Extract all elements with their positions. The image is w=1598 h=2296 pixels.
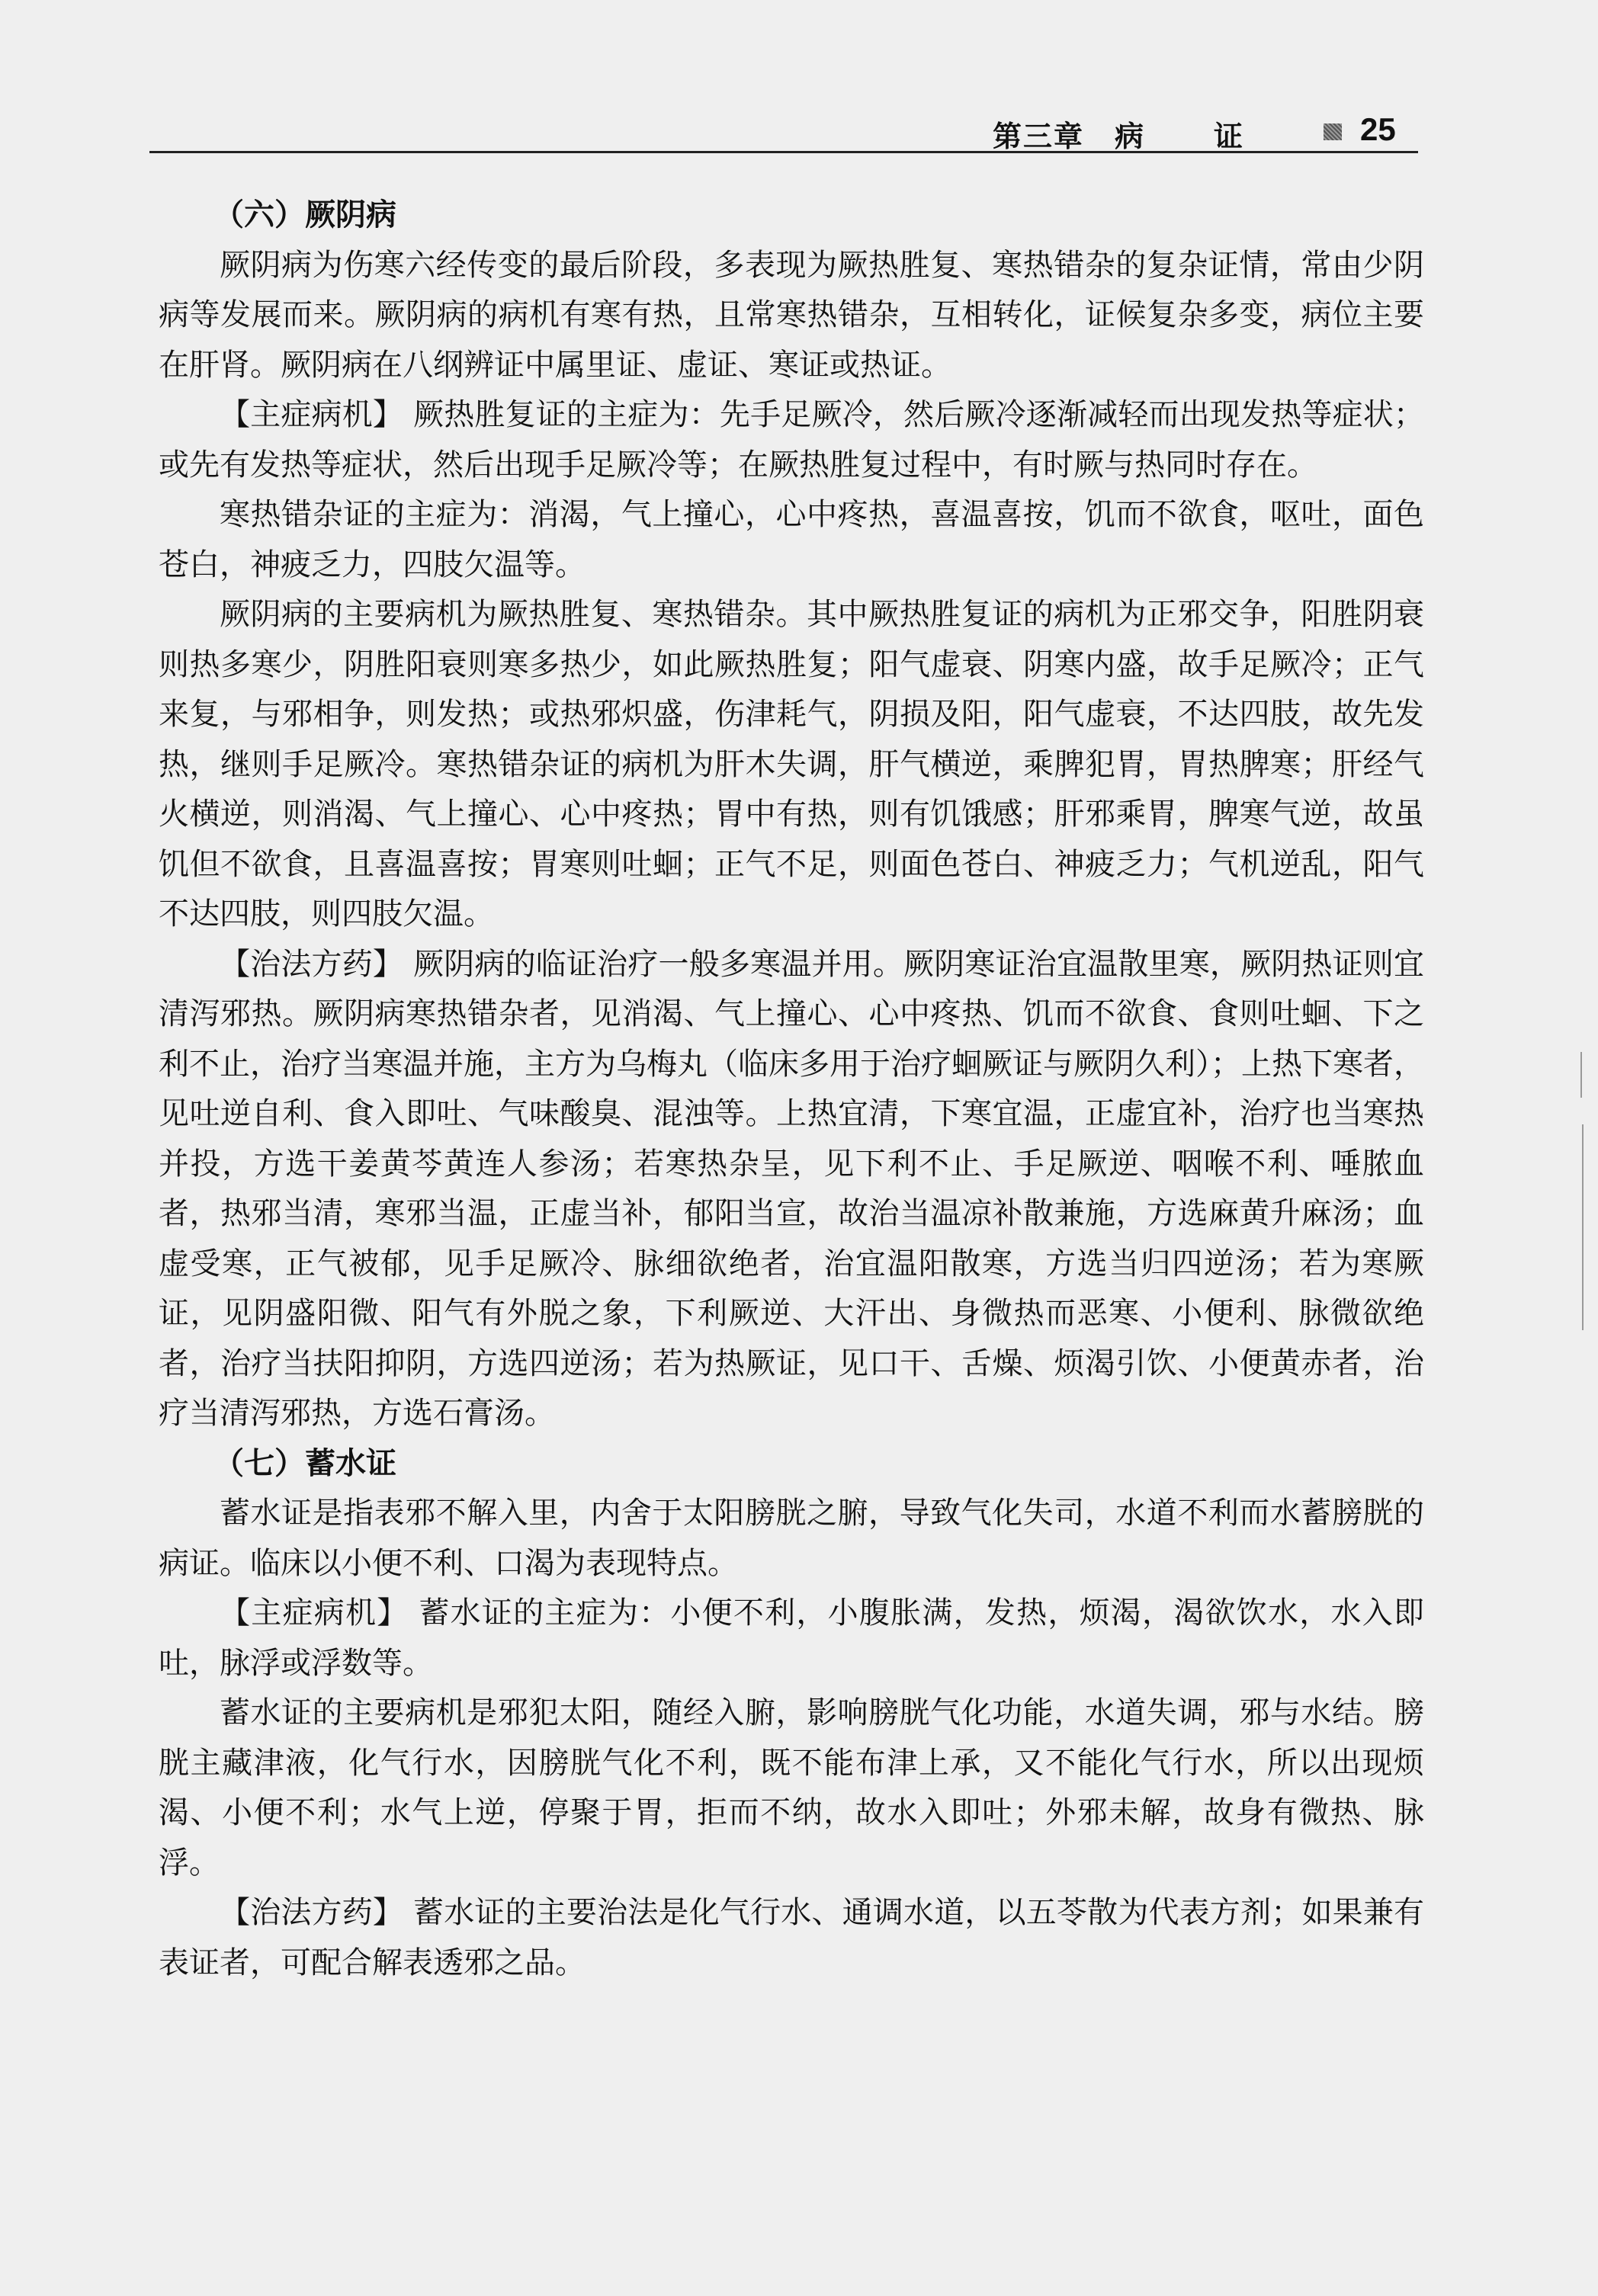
chapter-label: 第三章 xyxy=(993,113,1084,155)
chapter-word-2: 证 xyxy=(1214,113,1244,155)
paragraph-tag: 【主症病机】 xyxy=(220,397,403,432)
paragraph: 厥阴病为伤寒六经传变的最后阶段，多表现为厥热胜复、寒热错杂的复杂证情，常由少阴病… xyxy=(159,241,1424,391)
paragraph: 【治法方药】 厥阴病的临证治疗一般多寒温并用。厥阴寒证治宜温散里寒，厥阴热证则宜… xyxy=(159,940,1424,1439)
paragraph-tag: 【治法方药】 xyxy=(220,1895,403,1930)
paragraph: 厥阴病的主要病机为厥热胜复、寒热错杂。其中厥热胜复证的病机为正邪交争，阳胜阴衰则… xyxy=(159,590,1424,940)
chapter-word-1: 病 xyxy=(1115,113,1145,155)
running-title: 第三章病证 xyxy=(993,113,1244,155)
paragraph-tag: 【治法方药】 xyxy=(220,947,403,982)
paragraph: 【治法方药】 蓄水证的主要治法是化气行水、通调水道，以五苓散为代表方剂；如果兼有… xyxy=(159,1888,1424,1988)
paragraph: 【主症病机】 厥热胜复证的主症为：先手足厥冷，然后厥冷逐渐减轻而出现发热等症状；… xyxy=(159,390,1424,490)
page-header: 第三章病证 25 xyxy=(149,107,1418,153)
paragraph: 寒热错杂证的主症为：消渴，气上撞心，心中疼热，喜温喜按，饥而不欲食，呕吐，面色苍… xyxy=(159,490,1424,590)
page-number: 25 xyxy=(1360,111,1396,148)
page-body: （六）厥阴病 厥阴病为伤寒六经传变的最后阶段，多表现为厥热胜复、寒热错杂的复杂证… xyxy=(159,191,1424,1988)
page-marker-icon xyxy=(1324,123,1342,140)
scan-artifact xyxy=(1582,1124,1584,1330)
paragraph: 蓄水证的主要病机是邪犯太阳，随经入腑，影响膀胱气化功能，水道失调，邪与水结。膀胱… xyxy=(159,1688,1424,1888)
section-title-xushui: （七）蓄水证 xyxy=(159,1439,1424,1490)
paragraph-tag: 【主症病机】 xyxy=(220,1595,408,1631)
scan-artifact xyxy=(1580,1052,1582,1098)
section-title-jueyin: （六）厥阴病 xyxy=(159,191,1424,241)
paragraph: 蓄水证是指表邪不解入里，内舍于太阳膀胱之腑，导致气化失司，水道不利而水蓄膀胱的病… xyxy=(159,1489,1424,1589)
paragraph: 【主症病机】 蓄水证的主症为：小便不利，小腹胀满，发热，烦渴，渴欲饮水，水入即吐… xyxy=(159,1589,1424,1688)
